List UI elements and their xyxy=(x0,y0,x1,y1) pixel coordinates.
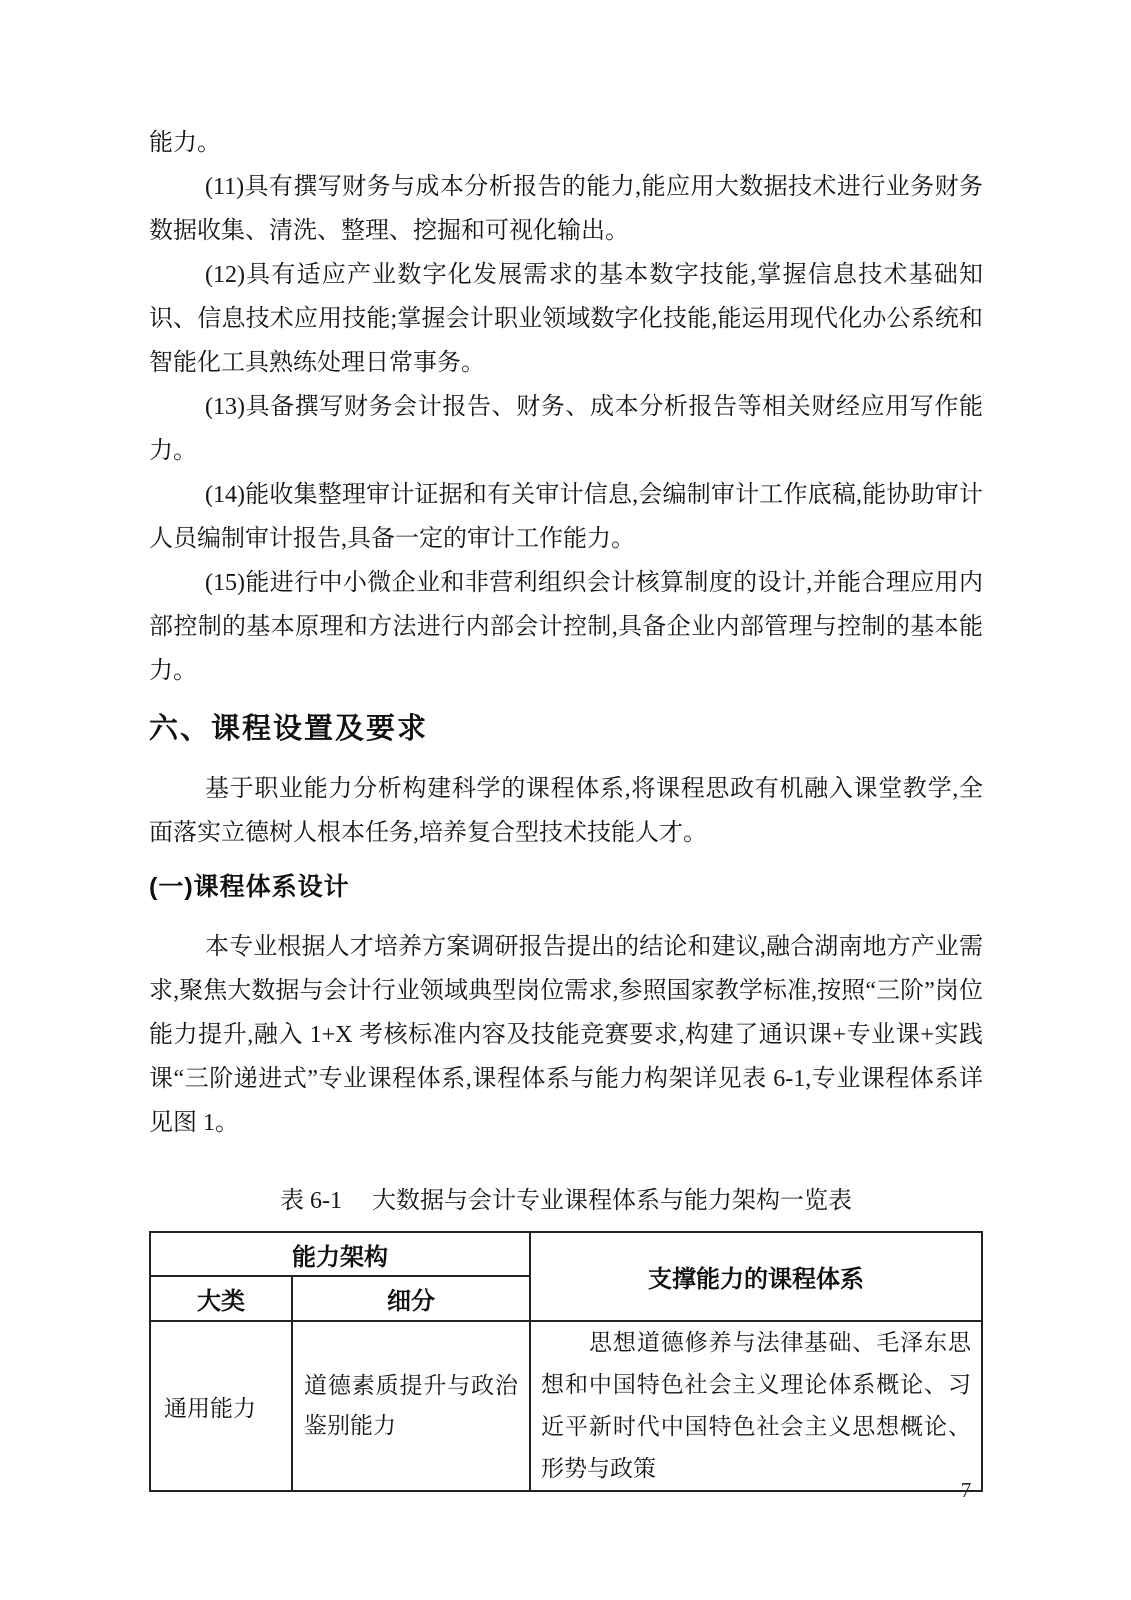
paragraph-continuation: 能力。 xyxy=(149,121,983,165)
table-header-ability-group: 能力架构 xyxy=(150,1232,530,1276)
document-page: 能力。 (11)具有撰写财务与成本分析报告的能力,能应用大数据技术进行业务财务数… xyxy=(0,0,1131,1600)
table-header-detail: 细分 xyxy=(292,1276,530,1321)
page-number: 7 xyxy=(950,1477,982,1503)
table-header-major: 大类 xyxy=(150,1276,292,1321)
cell-detail-ability: 道德素质提升与政治鉴别能力 xyxy=(292,1321,530,1491)
cell-major-category: 通用能力 xyxy=(150,1321,292,1491)
cell-supporting-courses-text: 思想道德修养与法律基础、毛泽东思想和中国特色社会主义理论体系概论、习近平新时代中… xyxy=(541,1322,971,1490)
ability-paragraph-11: (11)具有撰写财务与成本分析报告的能力,能应用大数据技术进行业务财务数据收集、… xyxy=(149,165,983,253)
page-content: 能力。 (11)具有撰写财务与成本分析报告的能力,能应用大数据技术进行业务财务数… xyxy=(149,121,983,1492)
subsection-heading: (一)课程体系设计 xyxy=(149,865,983,909)
table-header-courses: 支撑能力的课程体系 xyxy=(530,1232,982,1321)
ability-paragraph-14: (14)能收集整理审计证据和有关审计信息,会编制审计工作底稿,能协助审计人员编制… xyxy=(149,473,983,561)
section-heading: 六、课程设置及要求 xyxy=(149,707,983,751)
subsection-body-paragraph: 本专业根据人才培养方案调研报告提出的结论和建议,融合湖南地方产业需求,聚焦大数据… xyxy=(149,925,983,1145)
table-caption: 表 6-1 大数据与会计专业课程体系与能力架构一览表 xyxy=(149,1179,983,1223)
ability-paragraph-13: (13)具备撰写财务会计报告、财务、成本分析报告等相关财经应用写作能力。 xyxy=(149,385,983,473)
course-ability-table: 能力架构 支撑能力的课程体系 大类 细分 通用能力 道德素质提升与政治鉴别能力 … xyxy=(149,1231,983,1492)
ability-paragraph-15: (15)能进行中小微企业和非营利组织会计核算制度的设计,并能合理应用内部控制的基… xyxy=(149,561,983,693)
cell-supporting-courses: 思想道德修养与法律基础、毛泽东思想和中国特色社会主义理论体系概论、习近平新时代中… xyxy=(530,1321,982,1491)
section-intro-paragraph: 基于职业能力分析构建科学的课程体系,将课程思政有机融入课堂教学,全面落实立德树人… xyxy=(149,767,983,855)
ability-paragraph-12: (12)具有适应产业数字化发展需求的基本数字技能,掌握信息技术基础知识、信息技术… xyxy=(149,253,983,385)
table-row: 通用能力 道德素质提升与政治鉴别能力 思想道德修养与法律基础、毛泽东思想和中国特… xyxy=(150,1321,982,1491)
